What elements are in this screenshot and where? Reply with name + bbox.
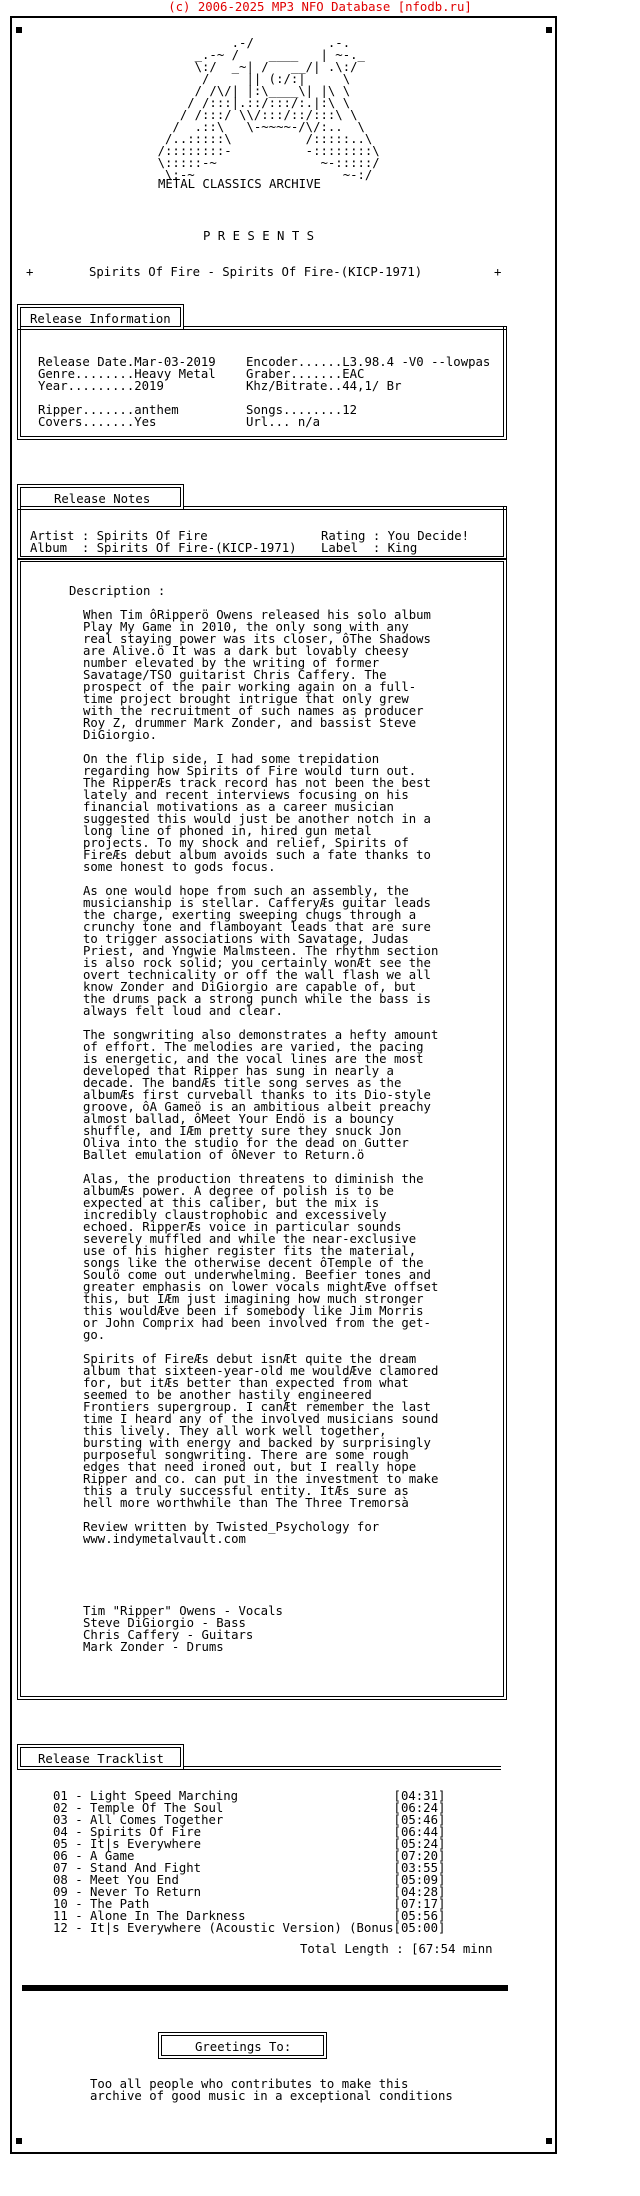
release-title: Spirits Of Fire - Spirits Of Fire-(KICP-… <box>89 266 422 278</box>
description-text: When Tim ôRipperö Owens released his sol… <box>83 609 438 1653</box>
copyright-notice: (c) 2006-2025 MP3 NFO Database [nfodb.ru… <box>0 0 640 14</box>
tracklist: 01 - Light Speed Marching [04:31]02 - Te… <box>53 1790 445 1934</box>
release-info-tab-label: Release Information <box>30 313 171 325</box>
label-value: King <box>388 541 418 555</box>
total-length: Total Length : [67:54 minn <box>300 1943 493 1955</box>
title-marker-right: + <box>494 266 501 278</box>
tracklist-tab: Release Tracklist <box>17 1744 184 1770</box>
title-marker-left: + <box>26 266 33 278</box>
greetings-text: Too all people who contributes to make t… <box>90 2078 453 2102</box>
divider <box>183 1766 501 1770</box>
notes-label: Label : King <box>321 542 417 554</box>
corner-square-icon <box>546 2138 552 2144</box>
album-name: Spirits Of Fire-(KICP-1971) <box>97 541 297 555</box>
release-info-left: Release Date.Mar-03-2019 Genre........He… <box>38 356 216 428</box>
greetings-tab-label: Greetings To: <box>195 2041 291 2053</box>
total-length-value: [67:54 minn <box>411 1942 492 1956</box>
presents-heading: P R E S E N T S <box>203 230 314 242</box>
release-info-right: Encoder......L3.98.4 -V0 --lowpas Graber… <box>246 356 490 428</box>
release-notes-tab-label: Release Notes <box>54 493 150 505</box>
greetings-tab: Greetings To: <box>158 2032 327 2059</box>
corner-square-icon <box>16 2138 22 2144</box>
corner-square-icon <box>16 27 22 33</box>
corner-square-icon <box>546 27 552 33</box>
tracklist-tab-label: Release Tracklist <box>38 1753 164 1765</box>
logo-ascii-art: .-/ .-. _.-~ / ____ | ~-._ \:/ _~| / __/… <box>128 37 380 181</box>
description-box: Description : When Tim ôRipperö Owens re… <box>17 558 507 1700</box>
logo-caption: METAL CLASSICS ARCHIVE <box>158 178 321 190</box>
section-divider-bar <box>22 1985 508 1991</box>
track-row: 12 - It|s Everywhere (Acoustic Version) … <box>53 1922 445 1934</box>
description-heading: Description : <box>69 585 165 597</box>
divider <box>183 506 506 510</box>
notes-album: Album : Spirits Of Fire-(KICP-1971) <box>30 542 297 554</box>
release-info-box: Release Date.Mar-03-2019 Genre........He… <box>17 326 507 440</box>
